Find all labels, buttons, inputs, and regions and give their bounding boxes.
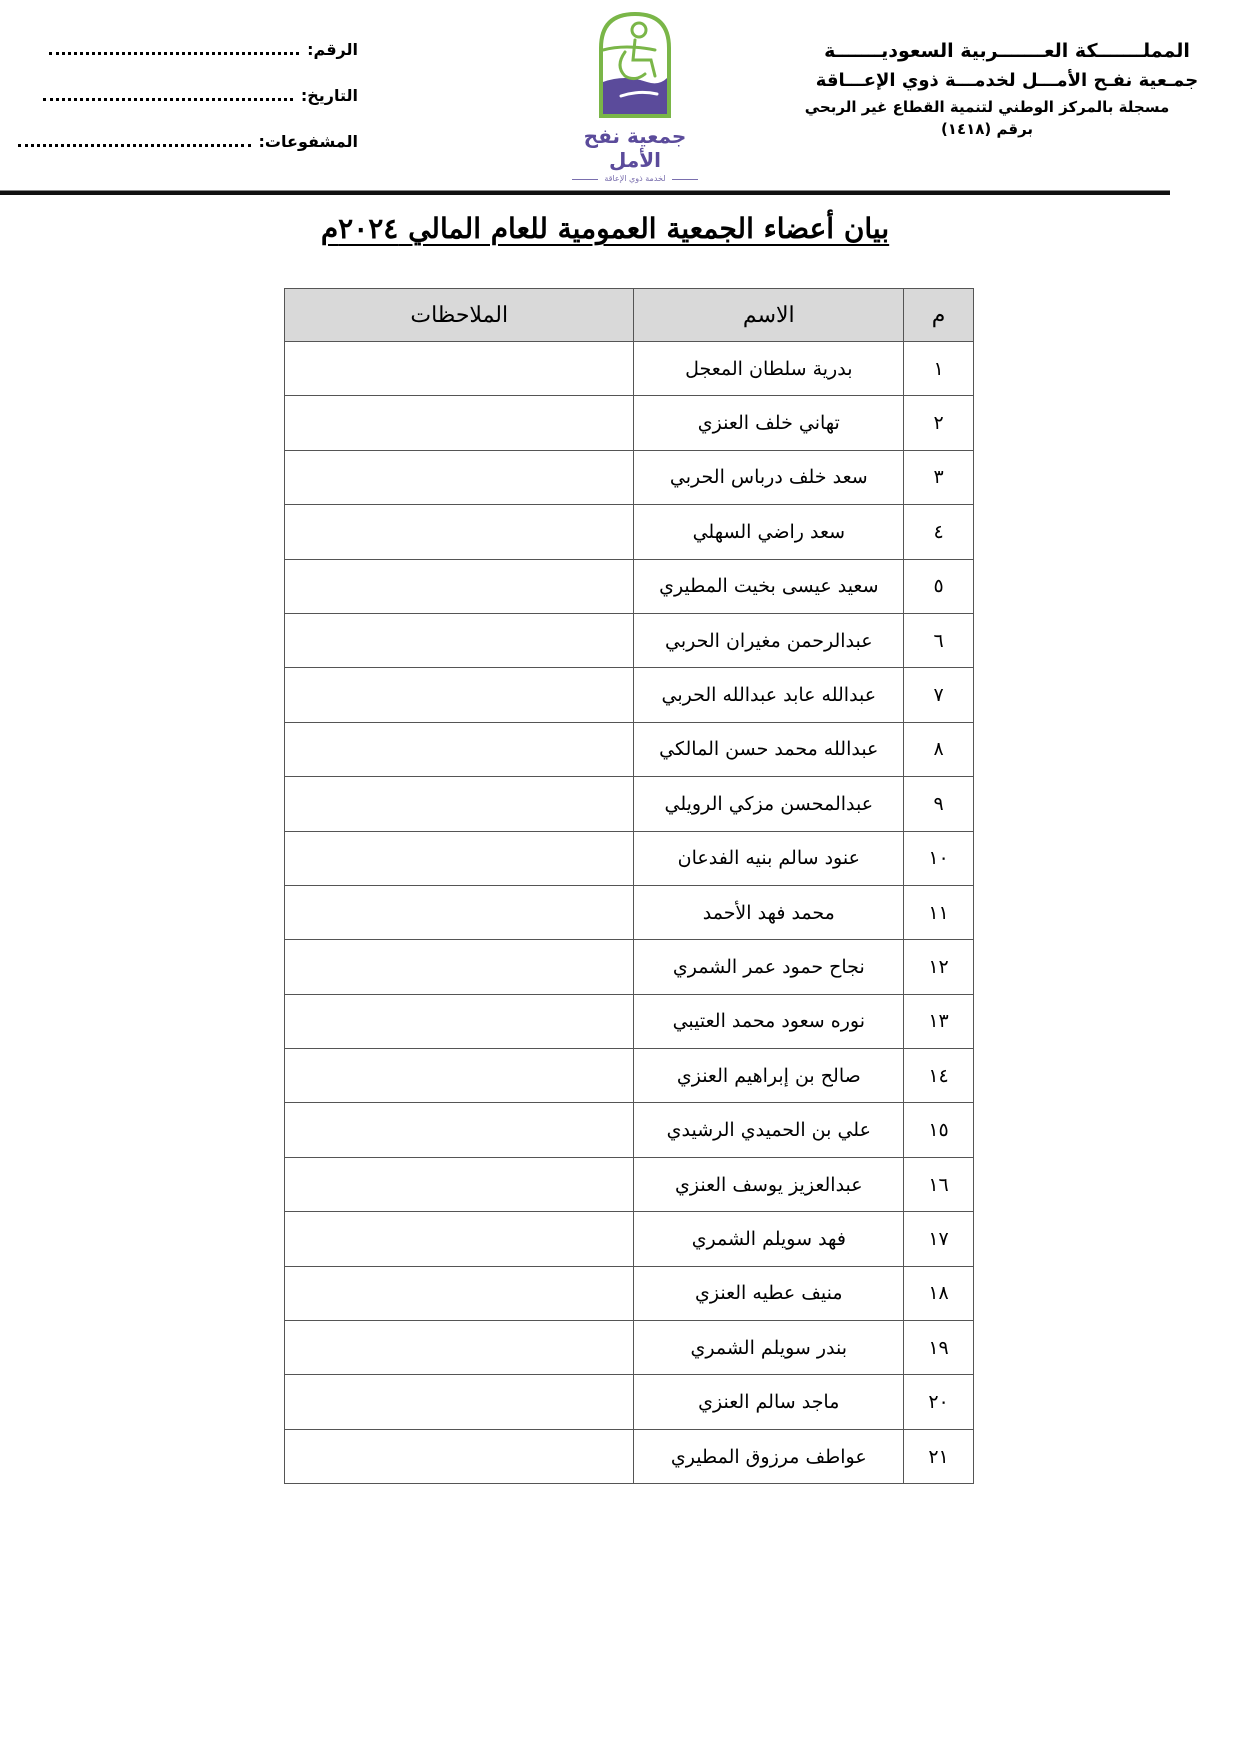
- row-notes: [285, 1212, 634, 1266]
- row-notes: [285, 994, 634, 1048]
- row-num: ٨: [904, 722, 974, 776]
- row-name: بندر سويلم الشمري: [634, 1321, 904, 1375]
- table-row: ٤سعد راضي السهلي: [285, 505, 974, 559]
- organization-logo: جمعية نفح الأمل لخدمة ذوي الإعاقة: [560, 10, 710, 170]
- row-notes: [285, 505, 634, 559]
- row-name: سعيد عيسى بخيت المطيري: [634, 559, 904, 613]
- table-row: ١٠عنود سالم بنيه الفدعان: [285, 831, 974, 885]
- logo-name: جمعية نفح الأمل: [560, 124, 710, 172]
- row-notes: [285, 396, 634, 450]
- header-divider: [0, 190, 1170, 195]
- attachments-field: المشفوعات:: [18, 132, 358, 178]
- table-row: ٦عبدالرحمن مغيران الحربي: [285, 613, 974, 667]
- row-name: سعد راضي السهلي: [634, 505, 904, 559]
- row-name: ماجد سالم العنزي: [634, 1375, 904, 1429]
- row-num: ٥: [904, 559, 974, 613]
- organization-header: المملـــــــكة العـــــــربية السعوديـــ…: [797, 36, 1217, 140]
- table-row: ١٧فهد سويلم الشمري: [285, 1212, 974, 1266]
- row-name: علي بن الحميدي الرشيدي: [634, 1103, 904, 1157]
- country-name: المملـــــــكة العـــــــربية السعوديـــ…: [797, 36, 1217, 66]
- row-notes: [285, 722, 634, 776]
- row-notes: [285, 1266, 634, 1320]
- row-num: ١٣: [904, 994, 974, 1048]
- attachments-blank: [18, 134, 251, 147]
- row-notes: [285, 1321, 634, 1375]
- row-num: ١٦: [904, 1157, 974, 1211]
- row-notes: [285, 450, 634, 504]
- logo-subtitle-text: لخدمة ذوي الإعاقة: [604, 172, 665, 186]
- row-notes: [285, 1429, 634, 1483]
- row-num: ٧: [904, 668, 974, 722]
- row-num: ٤: [904, 505, 974, 559]
- row-notes: [285, 885, 634, 939]
- wheelchair-hand-logo-icon: [595, 10, 675, 122]
- row-num: ١٧: [904, 1212, 974, 1266]
- row-num: ١١: [904, 885, 974, 939]
- row-num: ١٥: [904, 1103, 974, 1157]
- row-notes: [285, 1157, 634, 1211]
- row-num: ١٠: [904, 831, 974, 885]
- registration-number: برقم (١٤١٨): [797, 118, 1217, 140]
- table-row: ١٨منيف عطيه العنزي: [285, 1266, 974, 1320]
- row-num: ١: [904, 342, 974, 396]
- meta-fields: الرقم: التاريخ: المشفوعات:: [18, 40, 358, 178]
- row-num: ١٨: [904, 1266, 974, 1320]
- row-num: ٢٠: [904, 1375, 974, 1429]
- date-blank: [43, 88, 293, 101]
- members-table: م الاسم الملاحظات ١بدرية سلطان المعجل ٢ت…: [284, 288, 974, 1484]
- row-notes: [285, 831, 634, 885]
- table-row: ١٤صالح بن إبراهيم العنزي: [285, 1049, 974, 1103]
- column-header-name: الاسم: [634, 289, 904, 342]
- column-header-notes: الملاحظات: [285, 289, 634, 342]
- row-notes: [285, 1103, 634, 1157]
- table-header-row: م الاسم الملاحظات: [285, 289, 974, 342]
- row-num: ٦: [904, 613, 974, 667]
- table-row: ٢٠ماجد سالم العنزي: [285, 1375, 974, 1429]
- table-row: ٨عبدالله محمد حسن المالكي: [285, 722, 974, 776]
- logo-subtitle: لخدمة ذوي الإعاقة: [560, 172, 710, 186]
- row-name: بدرية سلطان المعجل: [634, 342, 904, 396]
- table-row: ٩عبدالمحسن مزكي الرويلي: [285, 777, 974, 831]
- table-row: ١٦عبدالعزيز يوسف العنزي: [285, 1157, 974, 1211]
- table-row: ٧عبدالله عابد عبدالله الحربي: [285, 668, 974, 722]
- table-row: ١٩بندر سويلم الشمري: [285, 1321, 974, 1375]
- row-name: منيف عطيه العنزي: [634, 1266, 904, 1320]
- attachments-label: المشفوعات:: [251, 132, 358, 151]
- row-notes: [285, 342, 634, 396]
- column-header-num: م: [904, 289, 974, 342]
- row-notes: [285, 777, 634, 831]
- row-name: تهاني خلف العنزي: [634, 396, 904, 450]
- table-row: ٢تهاني خلف العنزي: [285, 396, 974, 450]
- row-notes: [285, 1375, 634, 1429]
- row-name: عبدالمحسن مزكي الرويلي: [634, 777, 904, 831]
- number-blank: [49, 42, 299, 55]
- table-row: ١٥علي بن الحميدي الرشيدي: [285, 1103, 974, 1157]
- row-num: ٩: [904, 777, 974, 831]
- row-name: نوره سعود محمد العتيبي: [634, 994, 904, 1048]
- table-row: ٢١عواطف مرزوق المطيري: [285, 1429, 974, 1483]
- row-notes: [285, 940, 634, 994]
- registration-text: مسجلة بالمركز الوطني لتنمية القطاع غير ا…: [797, 96, 1217, 118]
- row-num: ٣: [904, 450, 974, 504]
- logo-divider: [572, 179, 598, 180]
- row-name: عبدالعزيز يوسف العنزي: [634, 1157, 904, 1211]
- table-row: ٣سعد خلف درباس الحربي: [285, 450, 974, 504]
- row-notes: [285, 1049, 634, 1103]
- row-name: صالح بن إبراهيم العنزي: [634, 1049, 904, 1103]
- row-name: نجاح حمود عمر الشمري: [634, 940, 904, 994]
- row-name: فهد سويلم الشمري: [634, 1212, 904, 1266]
- row-name: عبدالرحمن مغيران الحربي: [634, 613, 904, 667]
- row-name: عبدالله محمد حسن المالكي: [634, 722, 904, 776]
- row-num: ١٢: [904, 940, 974, 994]
- row-name: سعد خلف درباس الحربي: [634, 450, 904, 504]
- number-label: الرقم:: [299, 40, 358, 59]
- table-row: ١١محمد فهد الأحمد: [285, 885, 974, 939]
- table-row: ١٣نوره سعود محمد العتيبي: [285, 994, 974, 1048]
- row-num: ١٤: [904, 1049, 974, 1103]
- table-row: ١٢نجاح حمود عمر الشمري: [285, 940, 974, 994]
- row-name: محمد فهد الأحمد: [634, 885, 904, 939]
- organization-name: جمـعية نفـح الأمـــل لخدمـــة ذوي الإعــ…: [797, 66, 1217, 96]
- table-row: ١بدرية سلطان المعجل: [285, 342, 974, 396]
- row-notes: [285, 613, 634, 667]
- date-field: التاريخ:: [18, 86, 358, 132]
- row-num: ٢: [904, 396, 974, 450]
- table-row: ٥سعيد عيسى بخيت المطيري: [285, 559, 974, 613]
- row-name: عنود سالم بنيه الفدعان: [634, 831, 904, 885]
- row-name: عواطف مرزوق المطيري: [634, 1429, 904, 1483]
- row-name: عبدالله عابد عبدالله الحربي: [634, 668, 904, 722]
- row-num: ٢١: [904, 1429, 974, 1483]
- row-notes: [285, 668, 634, 722]
- logo-divider: [672, 179, 698, 180]
- date-label: التاريخ:: [293, 86, 358, 105]
- row-num: ١٩: [904, 1321, 974, 1375]
- document-title: بيان أعضاء الجمعية العمومية للعام المالي…: [280, 212, 930, 245]
- row-notes: [285, 559, 634, 613]
- number-field: الرقم:: [18, 40, 358, 86]
